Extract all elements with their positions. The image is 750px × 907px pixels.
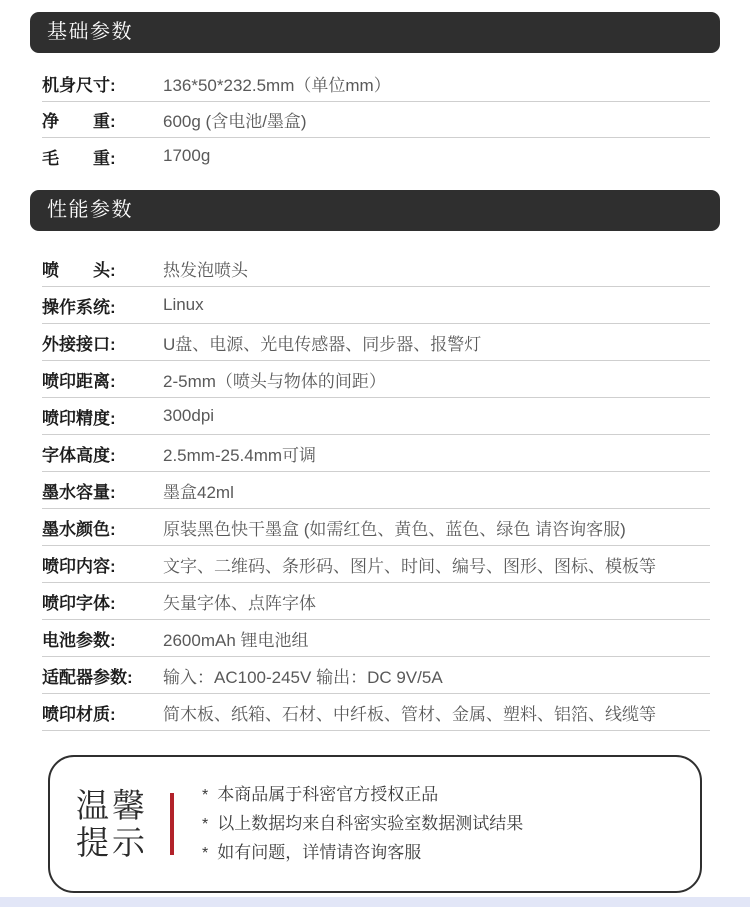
spec-label: 电池参数: bbox=[42, 626, 163, 651]
spec-value: 矢量字体、点阵字体 bbox=[163, 589, 316, 614]
basic-params-header: 基础参数 bbox=[30, 12, 720, 53]
bottom-strip bbox=[0, 897, 750, 907]
spec-row: 机身尺寸: 136*50*232.5mm（单位mm） bbox=[42, 66, 710, 102]
spec-value: 2600mAh 锂电池组 bbox=[163, 626, 309, 651]
spec-value: 136*50*232.5mm（单位mm） bbox=[163, 71, 391, 96]
spec-label: 喷印精度: bbox=[42, 404, 163, 429]
spec-row: 毛 重: 1700g bbox=[42, 138, 710, 174]
spec-label: 净 重: bbox=[42, 107, 163, 132]
spec-row: 适配器参数: 输入：AC100-245V 输出：DC 9V/5A bbox=[42, 657, 710, 694]
spec-value: 简木板、纸箱、石材、中纤板、管材、金属、塑料、铝箔、线缆等 bbox=[163, 700, 656, 725]
spec-value: 热发泡喷头 bbox=[163, 256, 248, 281]
spec-label: 毛 重: bbox=[42, 144, 163, 169]
performance-params-header: 性能参数 bbox=[30, 190, 720, 231]
spec-value: Linux bbox=[163, 295, 204, 315]
spec-value: 1700g bbox=[163, 146, 210, 166]
spec-value: 墨盒42ml bbox=[163, 478, 234, 503]
spec-label: 操作系统: bbox=[42, 293, 163, 318]
spec-row: 喷 头: 热发泡喷头 bbox=[42, 250, 710, 287]
tips-box: 温馨 提示 * 本商品属于科密官方授权正品 * 以上数据均来自科密实验室数据测试… bbox=[48, 755, 702, 893]
spec-row: 墨水颜色: 原装黑色快干墨盒 (如需红色、黄色、蓝色、绿色 请咨询客服) bbox=[42, 509, 710, 546]
tips-title: 温馨 提示 bbox=[76, 787, 148, 861]
performance-params-title: 性能参数 bbox=[47, 199, 133, 221]
spec-value: 文字、二维码、条形码、图片、时间、编号、图形、图标、模板等 bbox=[163, 552, 656, 577]
spec-row: 喷印距离: 2-5mm（喷头与物体的间距） bbox=[42, 361, 710, 398]
tip-text: 本商品属于科密官方授权正品 bbox=[217, 781, 438, 809]
spec-label: 喷印距离: bbox=[42, 367, 163, 392]
spec-value: 2-5mm（喷头与物体的间距） bbox=[163, 367, 386, 392]
tip-text: 以上数据均来自科密实验室数据测试结果 bbox=[217, 810, 523, 838]
spec-label: 字体高度: bbox=[42, 441, 163, 466]
spec-row: 喷印精度: 300dpi bbox=[42, 398, 710, 435]
tip-text: 如有问题，详情请咨询客服 bbox=[217, 839, 421, 867]
spec-row: 操作系统: Linux bbox=[42, 287, 710, 324]
spec-value: 原装黑色快干墨盒 (如需红色、黄色、蓝色、绿色 请咨询客服) bbox=[163, 515, 626, 540]
asterisk-bullet: * bbox=[202, 840, 208, 868]
spec-row: 喷印材质: 简木板、纸箱、石材、中纤板、管材、金属、塑料、铝箔、线缆等 bbox=[42, 694, 710, 731]
asterisk-bullet: * bbox=[202, 782, 208, 810]
spec-label: 外接接口: bbox=[42, 330, 163, 355]
spec-row: 喷印内容: 文字、二维码、条形码、图片、时间、编号、图形、图标、模板等 bbox=[42, 546, 710, 583]
spec-label: 喷印内容: bbox=[42, 552, 163, 577]
basic-params-title: 基础参数 bbox=[47, 21, 133, 43]
spec-label: 墨水颜色: bbox=[42, 515, 163, 540]
tip-item: * 如有问题，详情请咨询客服 bbox=[202, 839, 523, 868]
spec-row: 电池参数: 2600mAh 锂电池组 bbox=[42, 620, 710, 657]
spec-label: 机身尺寸: bbox=[42, 71, 163, 96]
spec-row: 净 重: 600g (含电池/墨盒) bbox=[42, 102, 710, 138]
tip-item: * 以上数据均来自科密实验室数据测试结果 bbox=[202, 810, 523, 839]
spec-label: 墨水容量: bbox=[42, 478, 163, 503]
tips-title-line2: 提示 bbox=[76, 824, 148, 861]
spec-row: 喷印字体: 矢量字体、点阵字体 bbox=[42, 583, 710, 620]
spec-row: 外接接口: U盘、电源、光电传感器、同步器、报警灯 bbox=[42, 324, 710, 361]
performance-params-table: 喷 头: 热发泡喷头 操作系统: Linux 外接接口: U盘、电源、光电传感器… bbox=[42, 250, 710, 731]
spec-label: 喷 头: bbox=[42, 256, 163, 281]
tip-item: * 本商品属于科密官方授权正品 bbox=[202, 781, 523, 810]
spec-value: 2.5mm-25.4mm可调 bbox=[163, 441, 316, 466]
basic-params-table: 机身尺寸: 136*50*232.5mm（单位mm） 净 重: 600g (含电… bbox=[42, 66, 710, 174]
spec-value: U盘、电源、光电传感器、同步器、报警灯 bbox=[163, 330, 481, 355]
spec-value: 输入：AC100-245V 输出：DC 9V/5A bbox=[163, 663, 443, 688]
spec-value: 600g (含电池/墨盒) bbox=[163, 107, 307, 132]
spec-row: 墨水容量: 墨盒42ml bbox=[42, 472, 710, 509]
tips-list: * 本商品属于科密官方授权正品 * 以上数据均来自科密实验室数据测试结果 * 如… bbox=[202, 781, 523, 868]
tips-title-line1: 温馨 bbox=[76, 787, 148, 824]
spec-row: 字体高度: 2.5mm-25.4mm可调 bbox=[42, 435, 710, 472]
spec-label: 适配器参数: bbox=[42, 663, 163, 688]
spec-label: 喷印字体: bbox=[42, 589, 163, 614]
asterisk-bullet: * bbox=[202, 811, 208, 839]
spec-label: 喷印材质: bbox=[42, 700, 163, 725]
red-accent-divider bbox=[170, 793, 174, 855]
spec-value: 300dpi bbox=[163, 406, 214, 426]
